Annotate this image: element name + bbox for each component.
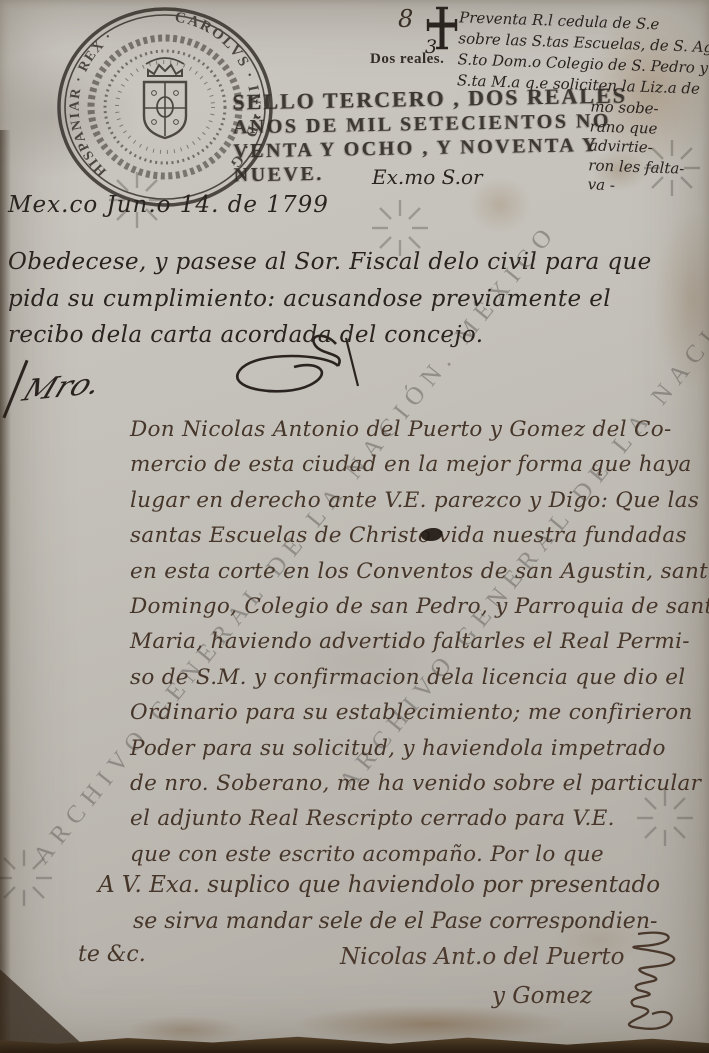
- salutation: Ex.mo S.or: [372, 165, 483, 189]
- folio-number: 8: [398, 5, 413, 33]
- margin-note-line: mo sobe-: [590, 97, 687, 120]
- decree-line: Obedecese, y pasese al Sor. Fiscal delo …: [8, 244, 652, 281]
- decree-line: pida su cumplimiento: acusandose previam…: [8, 281, 652, 318]
- petition-line: santas Escuelas de Christo vida nuestra …: [130, 518, 709, 553]
- manuscript-page: ARCHIVO GENERAL DE LA NACIÓN. MÉXICO ARC…: [0, 0, 709, 1053]
- closing-line: te &c.: [78, 942, 146, 967]
- margin-note-line: va -: [587, 175, 684, 198]
- closing-line: A V. Exa. suplico que haviendolo por pre…: [98, 872, 660, 898]
- decree-rubric-flourish: [218, 330, 393, 402]
- margin-note-continuation: mo sobe- rano que advirtie- ron les falt…: [587, 97, 686, 198]
- printed-value-label: Dos reales.: [370, 51, 444, 68]
- closing-line: se sirva mandar sele de el Pase correspo…: [133, 909, 657, 934]
- petition-line: Don Nicolas Antonio del Puerto y Gomez d…: [130, 412, 709, 447]
- petition-line: Poder para su solicitud, y haviendola im…: [130, 731, 709, 766]
- petition-line: so de S.M. y confirmacion dela licencia …: [130, 660, 709, 695]
- petition-line: lugar en derecho ante V.E. parezco y Dig…: [130, 483, 709, 518]
- petition-body: Don Nicolas Antonio del Puerto y Gomez d…: [130, 412, 709, 872]
- petition-line: Domingo, Colegio de san Pedro, y Parroqu…: [130, 589, 709, 624]
- margin-note-line: advirtie-: [589, 136, 686, 159]
- petition-line: mercio de esta ciudad en la mejor forma …: [130, 447, 709, 482]
- petition-line: Maria, haviendo advertido faltarles el R…: [130, 624, 709, 659]
- petition-line: que con este escrito acompaño. Por lo qu…: [130, 837, 709, 872]
- margin-note: Preventa R.l cedula de S.e sobre las S.t…: [457, 7, 709, 100]
- archive-star-icon: [0, 846, 56, 915]
- left-paraph: Mro.: [18, 366, 107, 408]
- petition-line: Ordinario para su establecimiento; me co…: [130, 695, 709, 730]
- petition-line: en esta corte en los Conventos de san Ag…: [130, 554, 709, 589]
- photo-background-corner: [0, 958, 92, 1053]
- petition-line: el adjunto Real Rescripto cerrado para V…: [130, 801, 709, 836]
- date-line: Mex.co Jun.o 14. de 1799: [8, 192, 329, 218]
- signature-surname: y Gomez: [492, 983, 592, 1009]
- signature-rubric-flourish: [580, 926, 698, 1044]
- petition-line: de nro. Soberano, me ha venido sobre el …: [130, 766, 709, 801]
